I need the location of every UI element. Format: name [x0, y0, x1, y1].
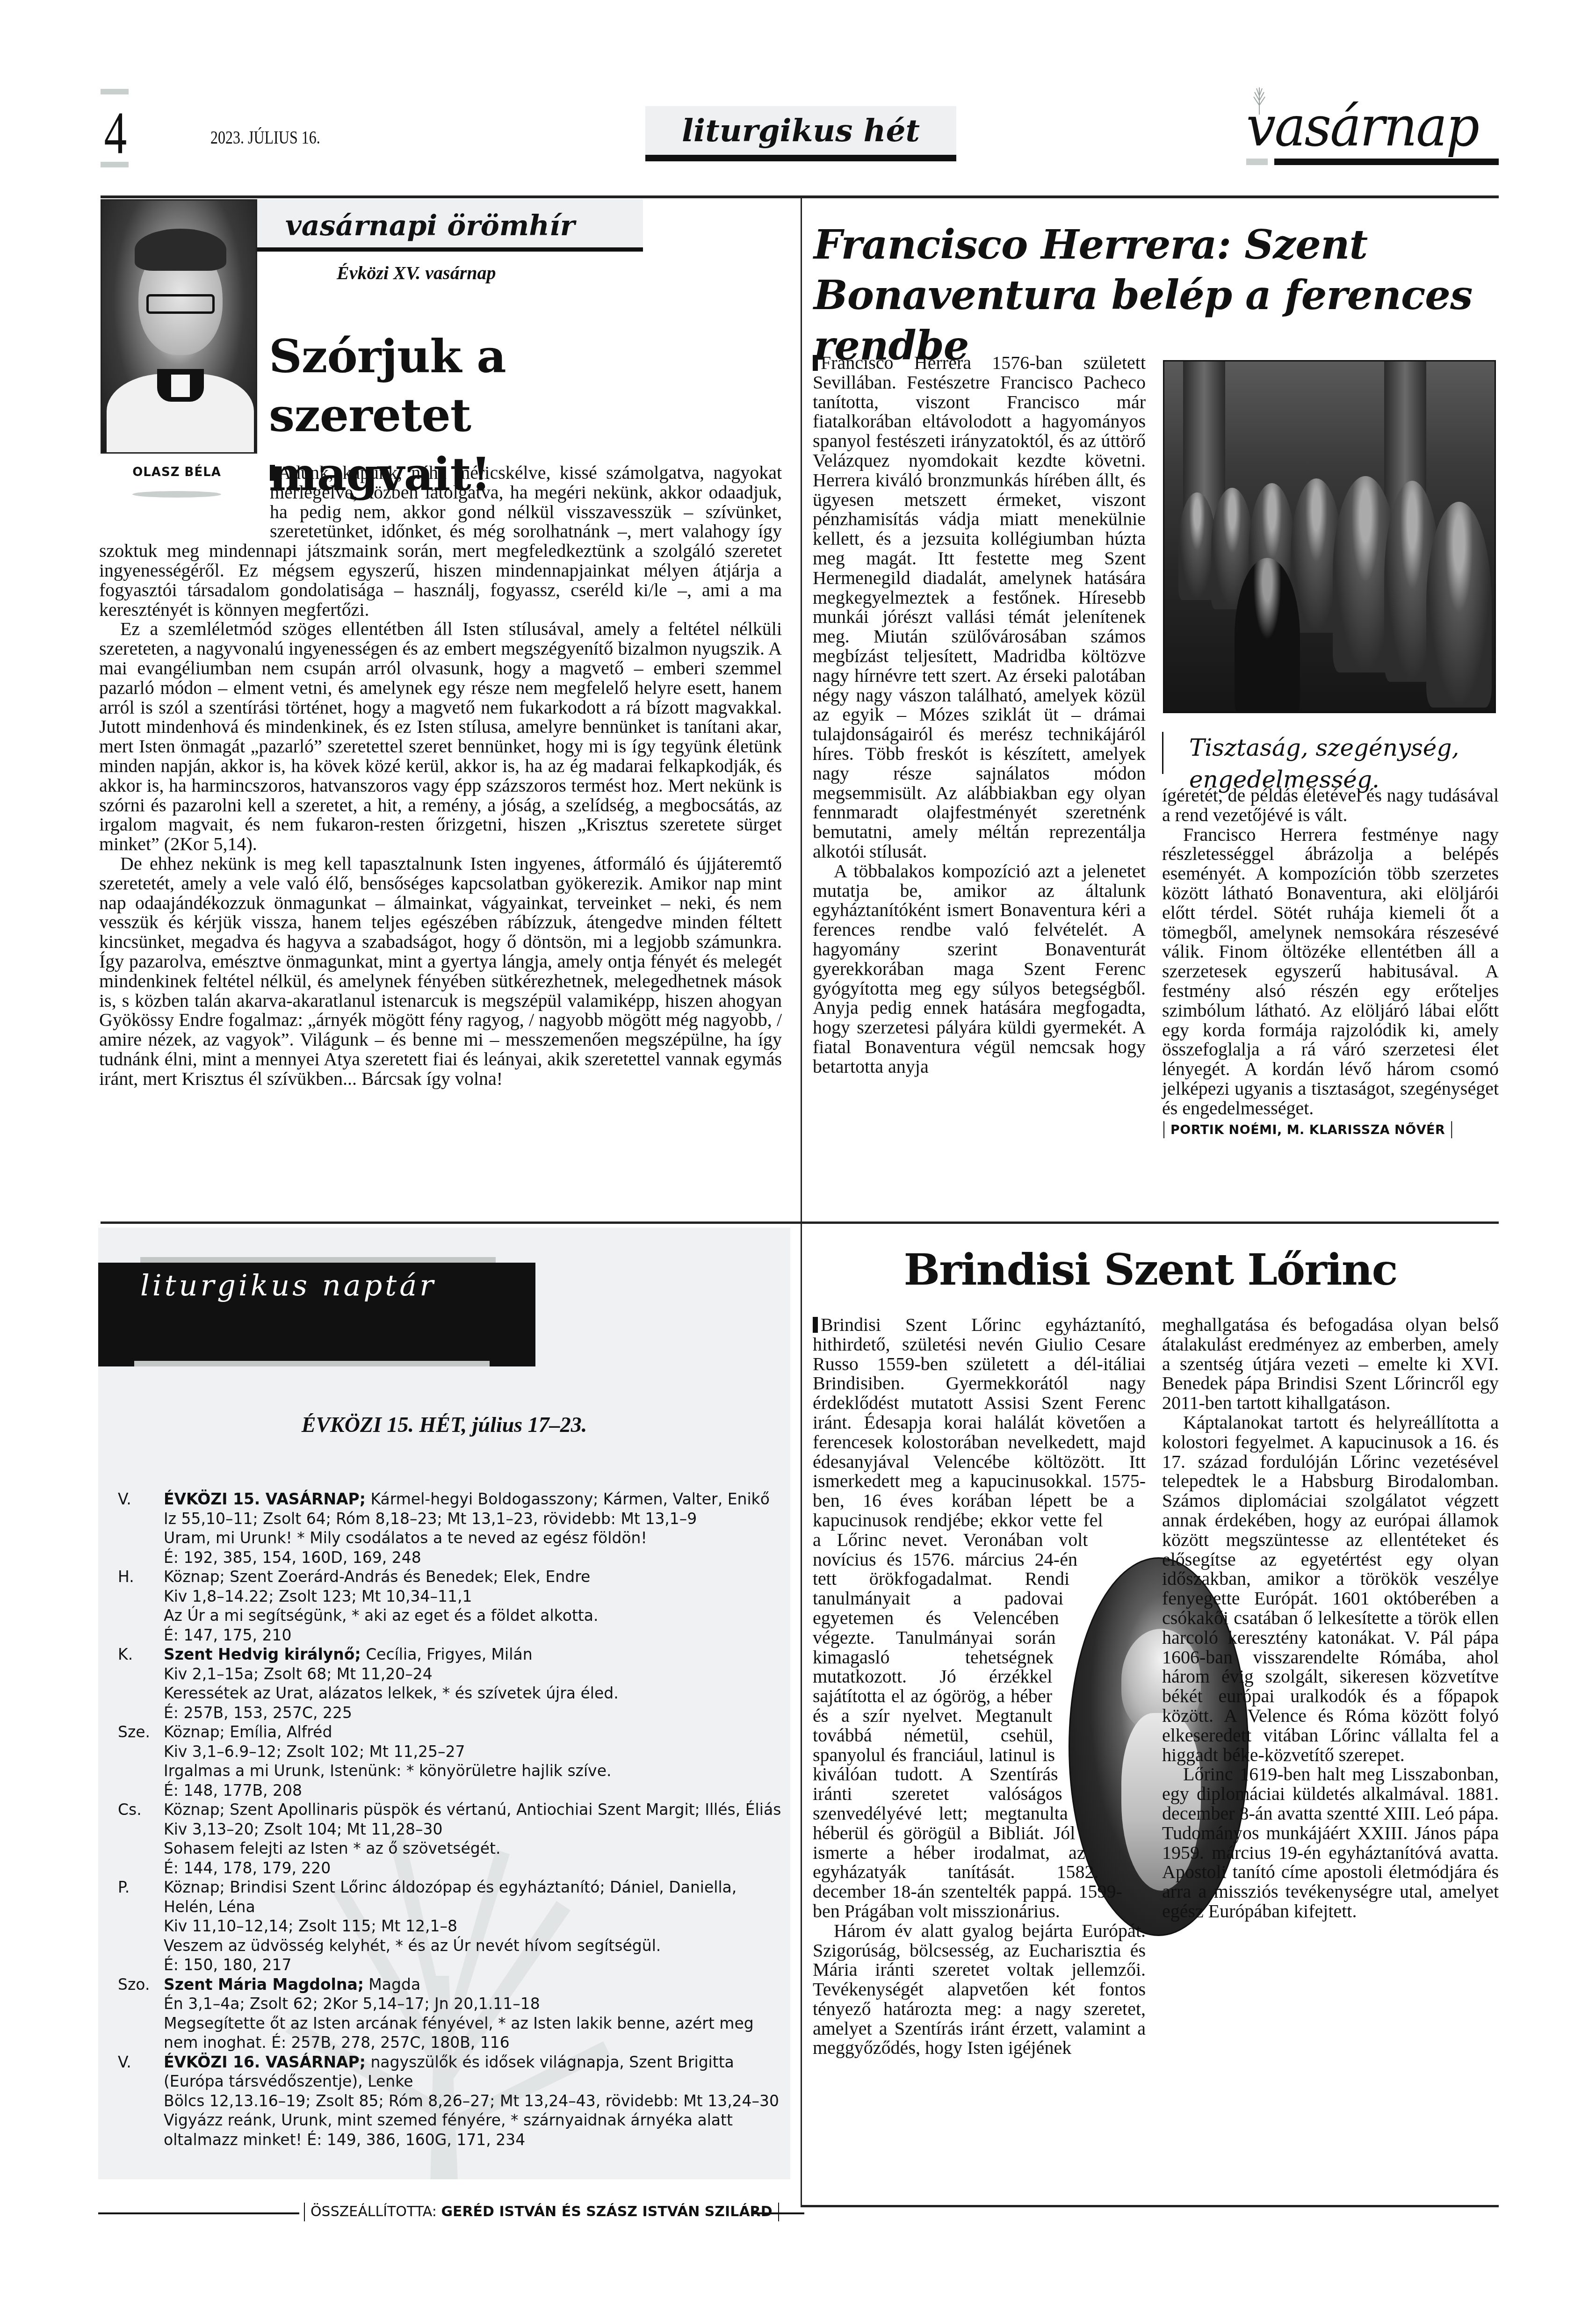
- calendar-day: Cs. Köznap; Szent Apollinaris püspök és …: [118, 1800, 782, 1878]
- day-psalm: Az Úr a mi segítségünk, * aki az eget és…: [164, 1606, 782, 1626]
- herrera-column-1: Francisco Herrera 1576-ban született Sev…: [813, 353, 1146, 1076]
- pull-quote: Tisztaság, szegénység, engedelmesség.: [1162, 732, 1499, 774]
- day-readings: Bölcs 12,13.16–19; Zsolt 85; Róm 8,26–27…: [164, 2091, 782, 2111]
- top-rule: [101, 195, 1499, 198]
- calendar-title-banner: liturgikus naptár: [98, 1263, 535, 1366]
- page-number: 4: [104, 103, 125, 164]
- day-hymns: É: 257B, 153, 257C, 225: [164, 1703, 782, 1723]
- calendar-day: Sze. Köznap; Emília, Alfréd Kiv 3,1–6.9–…: [118, 1722, 782, 1800]
- day-psalm: Sohasem felejti az Isten * az ő szövetsé…: [164, 1839, 782, 1858]
- day-hymns: É: 150, 180, 217: [164, 1955, 782, 1975]
- calendar-day: K. Szent Hedvig királynő; Cecília, Frigy…: [118, 1645, 782, 1722]
- day-hymns: É: 192, 385, 154, 160D, 169, 248: [164, 1548, 782, 1568]
- calendar-week-heading: ÉVKÖZI 15. HÉT, július 17–23.: [98, 1412, 790, 1437]
- day-abbr: V.: [118, 2053, 131, 2072]
- article-paragraph: A többalakos kompozíció azt a jelenetet …: [813, 861, 1146, 1077]
- day-psalm: Megsegítette őt az Isten arcának fényéve…: [164, 2014, 782, 2053]
- article-section-label: vasárnapi örömhír: [285, 210, 575, 242]
- section-banner: liturgikus hét: [645, 106, 956, 161]
- day-psalm: Irgalmas a mi Urunk, Istenünk: * könyörü…: [164, 1761, 782, 1781]
- logo-underline: [1274, 159, 1499, 165]
- article-subtitle: Évközi XV. vasárnap: [337, 262, 496, 284]
- calendar-day: V. ÉVKÖZI 16. VASÁRNAP; nagyszülők és id…: [118, 2053, 782, 2150]
- herrera-headline: Francisco Herrera: Szent Bonaventura bel…: [814, 220, 1501, 371]
- lead-marker: [813, 355, 818, 371]
- day-abbr: Cs.: [118, 1800, 142, 1820]
- herrera-column-2: ígéretét, de példás életével és nagy tud…: [1162, 786, 1499, 1140]
- day-hymns: É: 147, 175, 210: [164, 1626, 782, 1645]
- day-readings: Kiv 3,13–20; Zsolt 104; Mt 11,28–30: [164, 1820, 782, 1839]
- calendar-title: liturgikus naptár: [140, 1268, 436, 1302]
- day-abbr: H.: [118, 1567, 134, 1587]
- page-number-bar-top: [101, 89, 129, 94]
- day-readings: Kiv 11,10–12,14; Zsolt 115; Mt 12,1–8: [164, 1916, 782, 1936]
- article-paragraph: Francisco Herrera festménye nagy részlet…: [1162, 825, 1499, 1118]
- article-paragraph: Lőrinc 1619-ben halt meg Lisszabonban, e…: [1162, 1764, 1499, 1921]
- day-hymns: É: 148, 177B, 208: [164, 1781, 782, 1800]
- logo-wordmark: vasárnap: [1246, 96, 1478, 157]
- section-title: liturgikus hét: [682, 112, 920, 149]
- article-body: Adunk, kapunk, néha méricskélve, kissé s…: [99, 463, 782, 1089]
- article-paragraph: meghallgatása és befogadása olyan belső …: [1162, 1315, 1499, 1413]
- credit-rule-right: [753, 2212, 804, 2214]
- article-paragraph: ígéretét, de példás életével és nagy tud…: [1162, 786, 1499, 825]
- day-psalm: Uram, mi Urunk! * Mily csodálatos a te n…: [164, 1528, 782, 1548]
- column-divider-bottom: [801, 1224, 802, 2206]
- calendar-day-list: V. ÉVKÖZI 15. VASÁRNAP; Kármel-hegyi Bol…: [118, 1489, 782, 2149]
- day-psalm: Keressétek az Urat, alázatos lelkek, * é…: [164, 1684, 782, 1703]
- day-abbr: Szo.: [118, 1975, 150, 1995]
- day-abbr: K.: [118, 1645, 133, 1664]
- brindisi-column-2: meghallgatása és befogadása olyan belső …: [1162, 1315, 1499, 1921]
- column-divider-top: [801, 198, 802, 1221]
- article-paragraph: Káptalanokat tartott és helyreállította …: [1162, 1413, 1499, 1764]
- credit-text: ÖSSZEÁLLÍTOTTA: GERÉD ISTVÁN ÉS SZÁSZ IS…: [304, 2203, 779, 2221]
- credit-rule-left: [98, 2212, 299, 2214]
- day-readings: Kiv 3,1–6.9–12; Zsolt 102; Mt 11,25–27: [164, 1742, 782, 1762]
- day-psalm: Vigyázz reánk, Urunk, mint szemed fényér…: [164, 2110, 782, 2149]
- day-hymns: É: 144, 178, 179, 220: [164, 1858, 782, 1878]
- liturgical-calendar: liturgikus naptár ÉVKÖZI 15. HÉT, július…: [98, 1228, 790, 2179]
- logo-underline-accent: [1246, 159, 1268, 165]
- issue-date: 2023. JÚLIUS 16.: [210, 126, 320, 148]
- lead-marker: [813, 1317, 818, 1333]
- calendar-day: P. Köznap; Brindisi Szent Lőrinc áldozóp…: [118, 1878, 782, 1975]
- herrera-painting: [1163, 360, 1496, 713]
- day-abbr: V.: [118, 1489, 131, 1509]
- day-abbr: Sze.: [118, 1722, 150, 1742]
- article-section-banner: vasárnapi örömhír: [257, 199, 643, 252]
- article-paragraph: De ehhez nekünk is meg kell tapasztalnun…: [99, 854, 782, 1089]
- day-abbr: P.: [118, 1878, 130, 1897]
- lead-marker: [270, 465, 275, 481]
- day-psalm: Veszem az üdvösség kelyhét, * és az Úr n…: [164, 1936, 782, 1956]
- bottom-rule: [801, 2205, 1499, 2207]
- middle-rule: [101, 1221, 1499, 1224]
- day-readings: Kiv 1,8–14.22; Zsolt 123; Mt 10,34–11,1: [164, 1587, 782, 1606]
- author-photo: [101, 199, 257, 454]
- page-number-bar-bottom: [101, 162, 129, 167]
- signature: | PORTIK NOÉMI, M. KLARISSZA NŐVÉR |: [1162, 1118, 1499, 1140]
- masthead-logo: vasárnap: [1246, 91, 1499, 166]
- calendar-day: V. ÉVKÖZI 15. VASÁRNAP; Kármel-hegyi Bol…: [118, 1489, 782, 1567]
- calendar-credit: ÖSSZEÁLLÍTOTTA: GERÉD ISTVÁN ÉS SZÁSZ IS…: [98, 2203, 800, 2221]
- brindisi-column-1: Brindisi Szent Lőrinc egyháztanító, hith…: [813, 1315, 1146, 2082]
- article-paragraph: Francisco Herrera 1576-ban született Sev…: [813, 353, 1146, 861]
- day-readings: Én 3,1–4a; Zsolt 62; 2Kor 5,14–17; Jn 20…: [164, 1994, 782, 2014]
- calendar-day: Szo. Szent Mária Magdolna; Magda Én 3,1–…: [118, 1975, 782, 2053]
- day-readings: Iz 55,10–11; Zsolt 64; Róm 8,18–23; Mt 1…: [164, 1509, 782, 1529]
- brindisi-headline: Brindisi Szent Lőrinc: [802, 1239, 1499, 1300]
- calendar-day: H. Köznap; Szent Zoerárd-András és Bened…: [118, 1567, 782, 1645]
- article-paragraph: Három év alatt gyalog bejárta Európát. S…: [813, 1921, 1146, 2058]
- article-paragraph: Ez a szemléletmód szöges ellentétben áll…: [99, 619, 782, 854]
- day-readings: Kiv 2,1–15a; Zsolt 68; Mt 11,20–24: [164, 1664, 782, 1684]
